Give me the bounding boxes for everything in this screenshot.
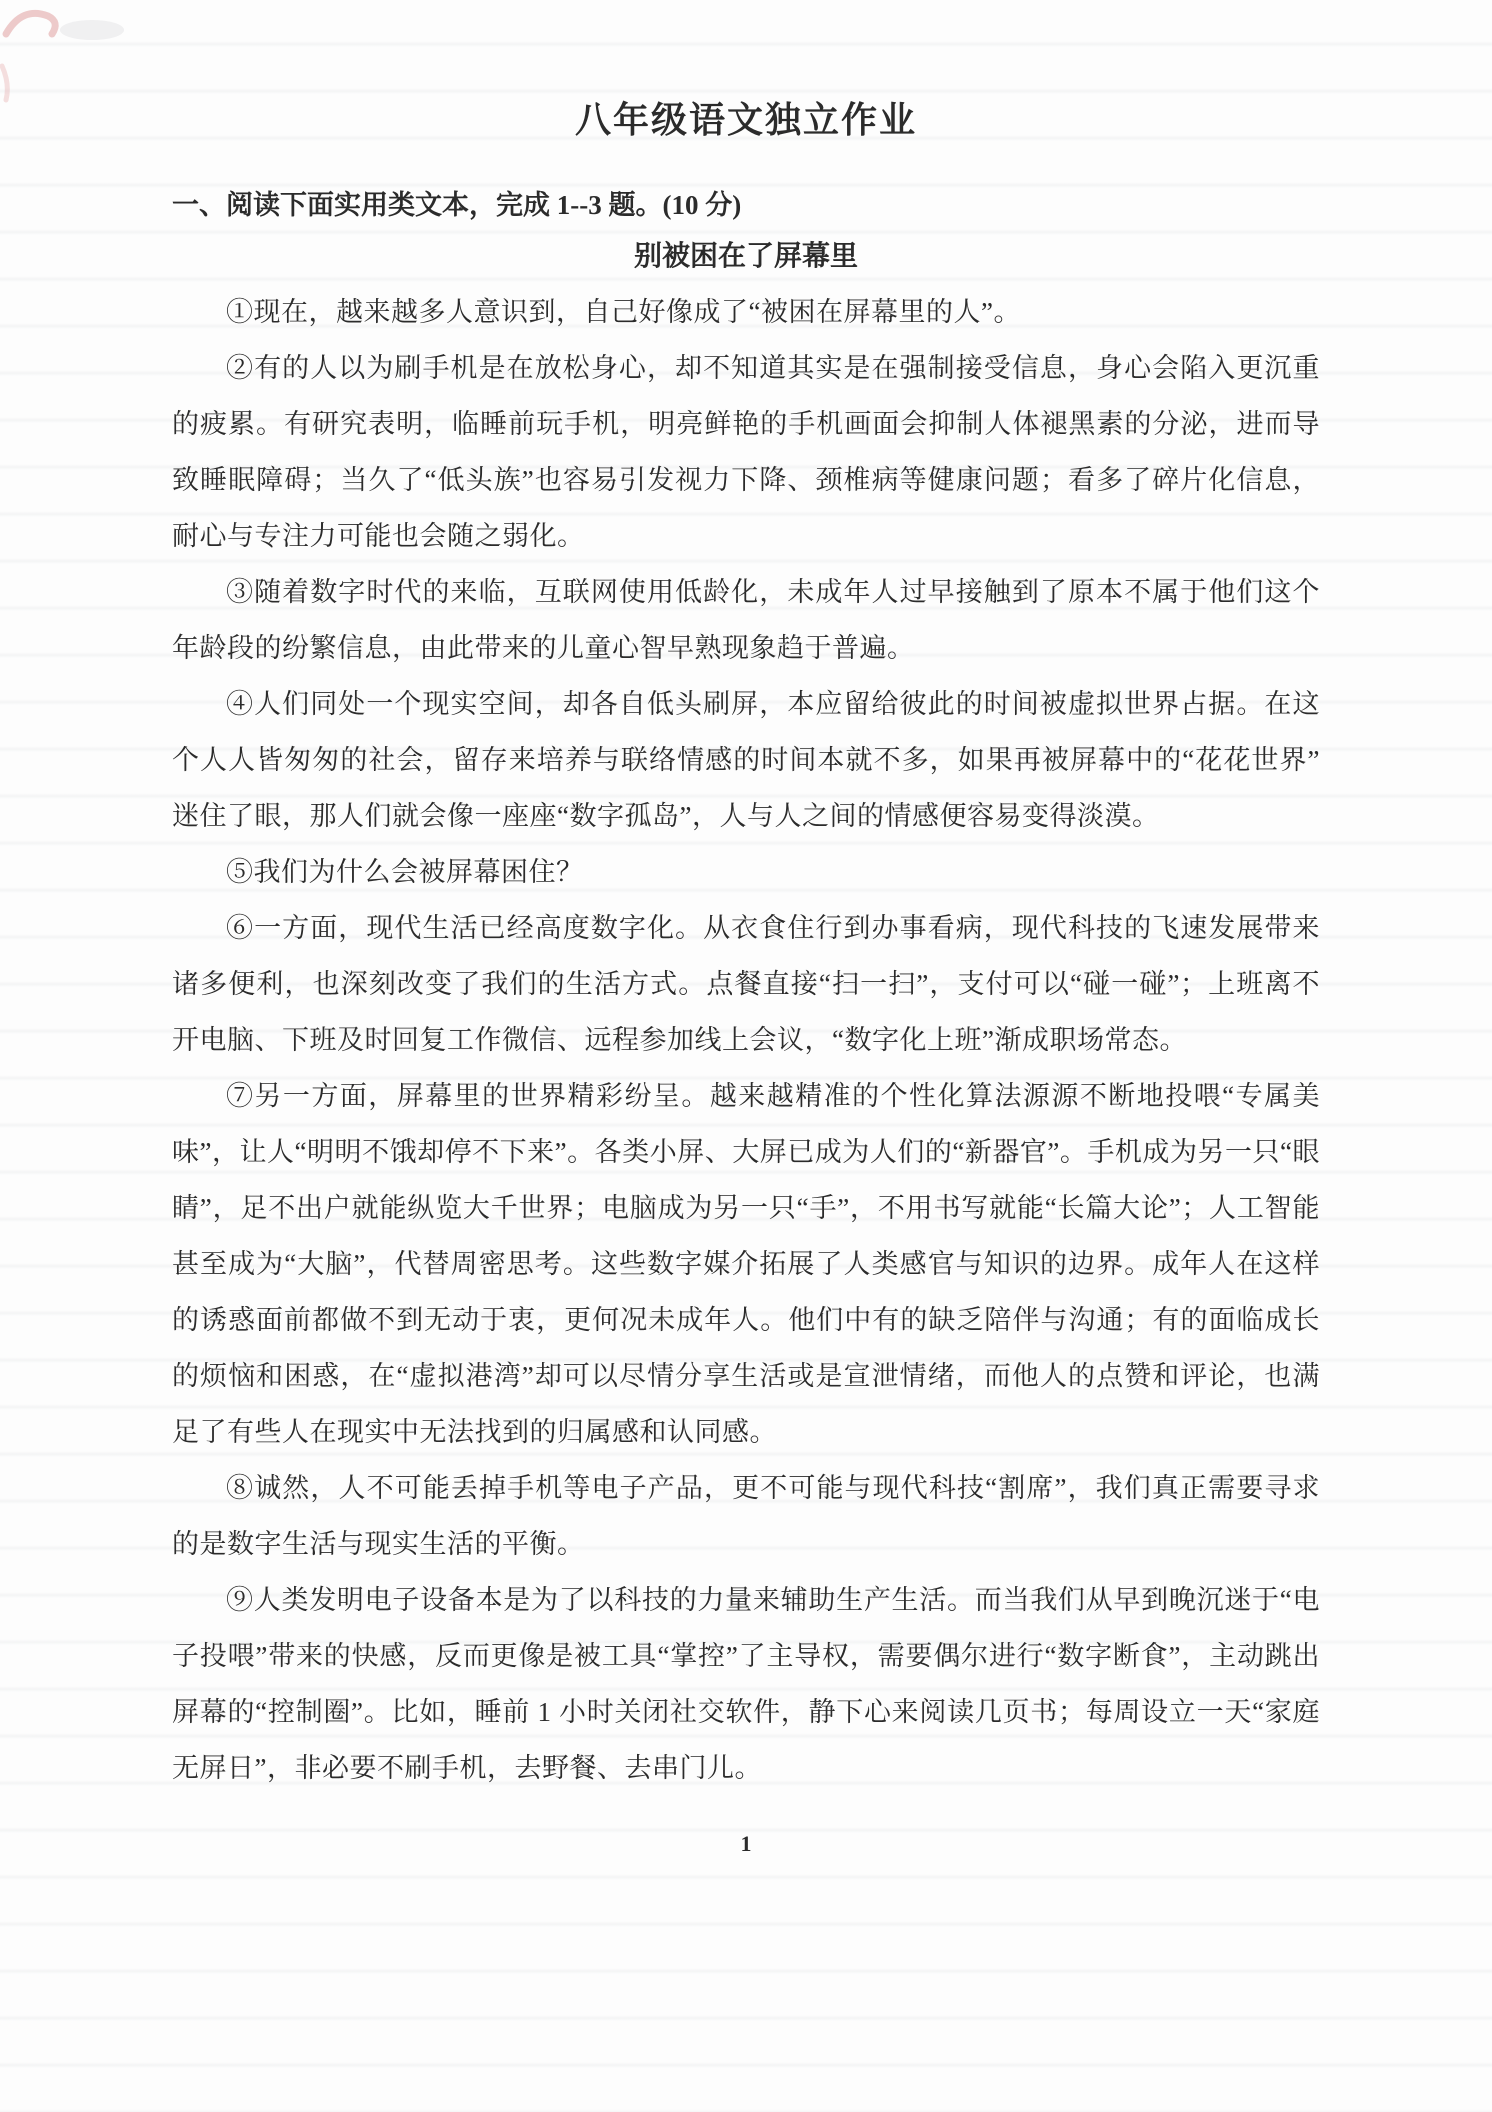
section-heading: 一、阅读下面实用类文本，完成 1--3 题。(10 分) <box>172 184 1320 226</box>
article-paragraph: ⑦另一方面，屏幕里的世界精彩纷呈。越来越精准的个性化算法源源不断地投喂“专属美味… <box>172 1068 1320 1460</box>
red-scribble-mark <box>0 0 130 110</box>
article-paragraph: ⑨人类发明电子设备本是为了以科技的力量来辅助生产生活。而当我们从早到晚沉迷于“电… <box>172 1572 1320 1796</box>
article-paragraph: ⑤我们为什么会被屏幕困住？ <box>172 844 1320 900</box>
document-page: 八年级语文独立作业 一、阅读下面实用类文本，完成 1--3 题。(10 分) 别… <box>0 0 1492 2112</box>
article-paragraph: ①现在，越来越多人意识到，自己好像成了“被困在屏幕里的人”。 <box>172 284 1320 340</box>
article-paragraph: ⑧诚然，人不可能丢掉手机等电子产品，更不可能与现代科技“割席”，我们真正需要寻求… <box>172 1460 1320 1572</box>
document-title: 八年级语文独立作业 <box>172 96 1320 144</box>
page-number: 1 <box>172 1830 1320 1858</box>
article-paragraph: ②有的人以为刷手机是在放松身心，却不知道其实是在强制接受信息，身心会陷入更沉重的… <box>172 340 1320 564</box>
article-body: ①现在，越来越多人意识到，自己好像成了“被困在屏幕里的人”。 ②有的人以为刷手机… <box>172 284 1320 1796</box>
article-title: 别被困在了屏幕里 <box>172 236 1320 278</box>
article-paragraph: ③随着数字时代的来临，互联网使用低龄化，未成年人过早接触到了原本不属于他们这个年… <box>172 564 1320 676</box>
article-paragraph: ⑥一方面，现代生活已经高度数字化。从衣食住行到办事看病，现代科技的飞速发展带来诸… <box>172 900 1320 1068</box>
article-paragraph: ④人们同处一个现实空间，却各自低头刷屏，本应留给彼此的时间被虚拟世界占据。在这个… <box>172 676 1320 844</box>
